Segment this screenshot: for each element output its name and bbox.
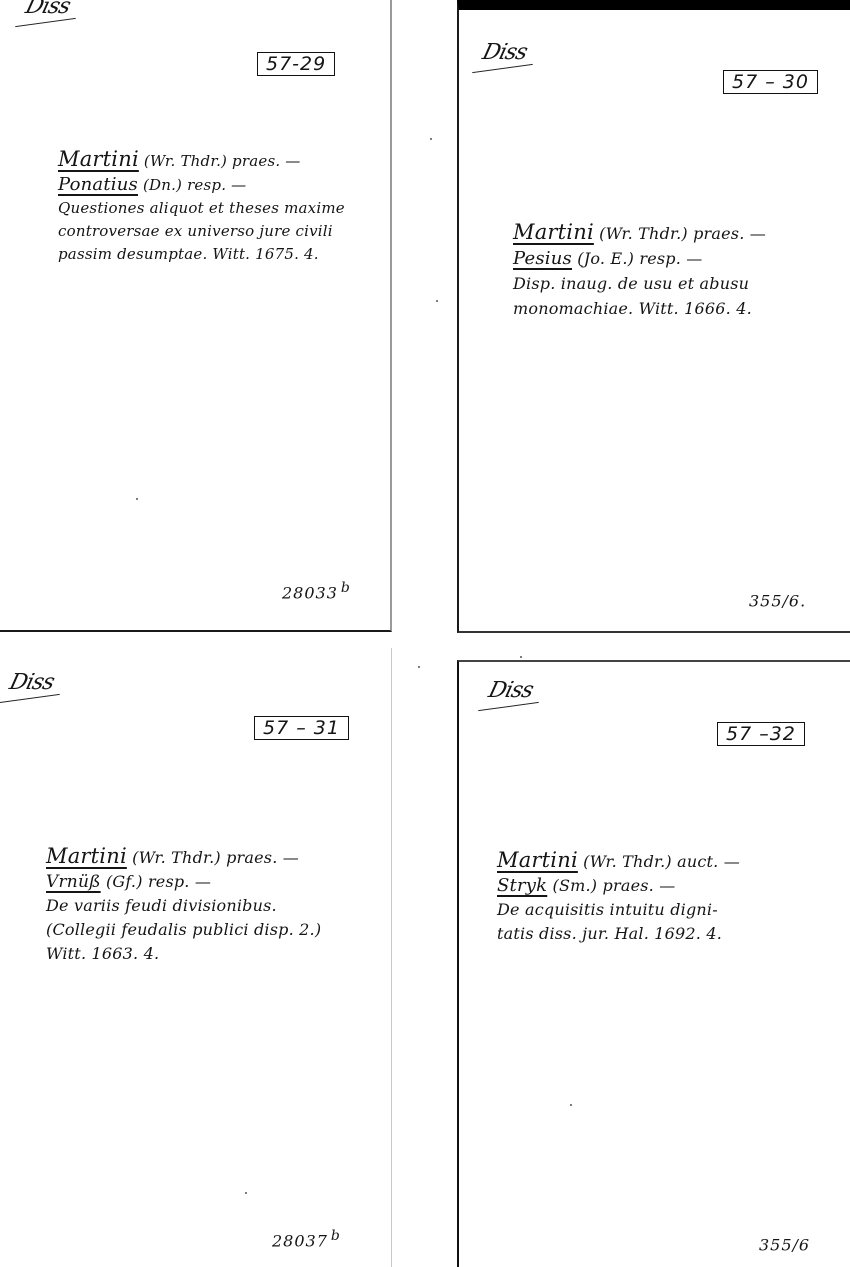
praeses-details: (Sm.) praes. — [553, 876, 676, 895]
series-line: (Collegii feudalis publici disp. 2.) [46, 918, 321, 942]
author-line: Martini (Wr. Thdr.) praes. — [46, 844, 321, 870]
scan-speck [520, 656, 522, 658]
catalog-card-57-32: Diss 57 –32 Martini (Wr. Thdr.) auct. — … [457, 660, 850, 1267]
accession-number: 355/6 [759, 1232, 813, 1254]
shelfmark-box: 57 – 30 [723, 70, 818, 94]
imprint-line: Witt. 1663. 4. [46, 942, 321, 966]
shelfmark-box: 57 –32 [717, 722, 805, 746]
author-line: Martini (Wr. Thdr.) praes. — [513, 220, 766, 246]
imprint-line: passim desumptae. Witt. 1675. 4. [58, 243, 345, 266]
category-mark: Diss [486, 678, 535, 703]
catalog-entry: Martini (Wr. Thdr.) praes. — Vrnüß (Gf.)… [46, 844, 321, 966]
praeses-line: Stryk (Sm.) praes. — [497, 874, 740, 898]
category-mark: Diss [480, 40, 529, 65]
respondent-details: (Jo. E.) resp. — [577, 249, 702, 268]
shelfmark-box: 57 – 31 [254, 716, 349, 740]
scan-speck [430, 138, 432, 140]
respondent-name: Ponatius [58, 174, 138, 195]
accession-digits: 355/6. [749, 591, 806, 610]
catalog-card-57-29: Diss 57-29 Martini (Wr. Thdr.) praes. — … [0, 0, 392, 632]
category-mark: Diss [23, 0, 72, 19]
accession-suffix: b [331, 1228, 341, 1244]
title-line: De acquisitis intuitu digni- [497, 898, 740, 922]
scan-speck [418, 666, 420, 668]
accession-digits: 28037 [272, 1231, 328, 1250]
title-line: Disp. inaug. de usu et abusu [513, 271, 766, 296]
title-line: De variis feudi divisionibus. [46, 894, 321, 918]
accession-digits: 28033 [282, 583, 338, 602]
respondent-name: Pesius [513, 248, 572, 269]
catalog-entry: Martini (Wr. Thdr.) auct. — Stryk (Sm.) … [497, 848, 740, 946]
author-details: (Wr. Thdr.) praes. — [144, 152, 301, 170]
accession-suffix: b [341, 580, 351, 596]
title-line: controversae ex universo jure civili [58, 220, 345, 243]
author-line: Martini (Wr. Thdr.) praes. — [58, 148, 345, 173]
category-mark: Diss [7, 670, 56, 695]
praeses-name: Stryk [497, 875, 547, 896]
respondent-line: Pesius (Jo. E.) resp. — [513, 246, 766, 271]
accession-number: 28037b [272, 1228, 341, 1250]
respondent-details: (Gf.) resp. — [106, 872, 211, 891]
scan-speck [436, 300, 438, 302]
respondent-name: Vrnüß [46, 872, 101, 892]
respondent-line: Ponatius (Dn.) resp. — [58, 173, 345, 197]
imprint-line: monomachiae. Witt. 1666. 4. [513, 296, 766, 321]
scan-speck [245, 1192, 247, 1194]
accession-digits: 355/6 [759, 1235, 810, 1254]
title-line: Questiones aliquot et theses maxime [58, 197, 345, 220]
author-name: Martini [58, 147, 139, 171]
catalog-card-57-30: Diss 57 – 30 Martini (Wr. Thdr.) praes. … [457, 0, 850, 633]
scan-speck [570, 1104, 572, 1106]
imprint-line: tatis diss. jur. Hal. 1692. 4. [497, 922, 740, 946]
author-details: (Wr. Thdr.) auct. — [583, 852, 740, 871]
author-line: Martini (Wr. Thdr.) auct. — [497, 848, 740, 874]
accession-number: 355/6. [749, 588, 809, 610]
author-name: Martini [497, 848, 578, 872]
respondent-line: Vrnüß (Gf.) resp. — [46, 870, 321, 894]
catalog-entry: Martini (Wr. Thdr.) praes. — Ponatius (D… [58, 148, 345, 266]
scan-speck [136, 498, 138, 500]
respondent-details: (Dn.) resp. — [143, 176, 246, 194]
shelfmark-box: 57-29 [257, 52, 335, 76]
author-details: (Wr. Thdr.) praes. — [132, 848, 299, 867]
author-name: Martini [513, 220, 594, 244]
accession-number: 28033b [282, 580, 351, 602]
author-name: Martini [46, 844, 127, 868]
catalog-entry: Martini (Wr. Thdr.) praes. — Pesius (Jo.… [513, 220, 766, 321]
author-details: (Wr. Thdr.) praes. — [599, 224, 766, 243]
catalog-card-57-31: Diss 57 – 31 Martini (Wr. Thdr.) praes. … [0, 648, 392, 1267]
